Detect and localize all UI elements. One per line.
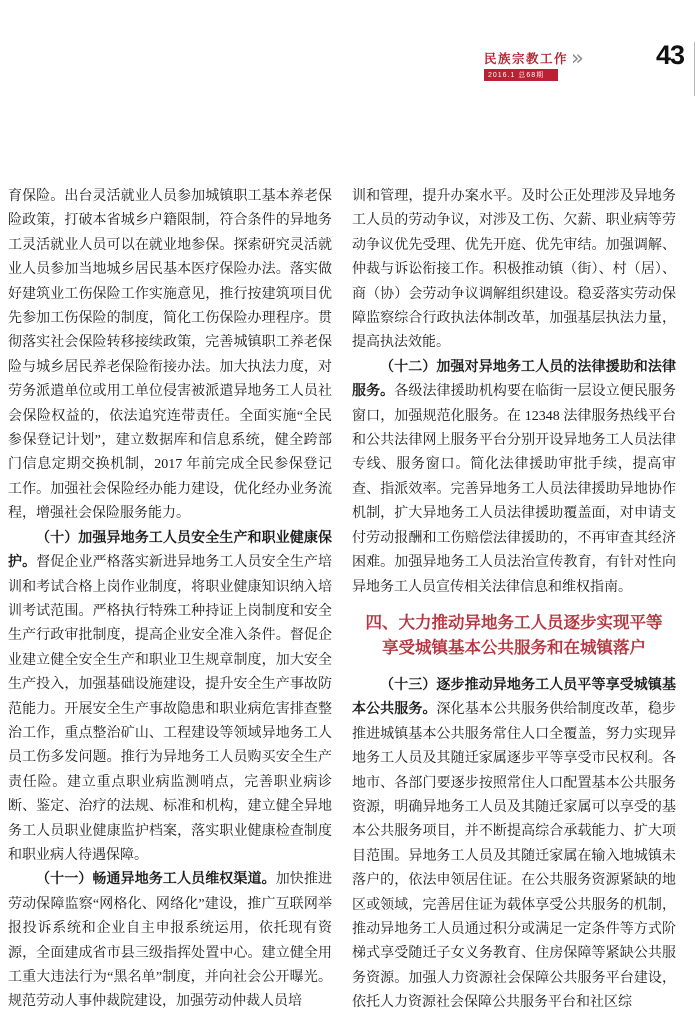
brand-title: 民族宗教工作 <box>484 49 574 67</box>
right-column: 训和管理，提升办案水平。及时公正处理涉及异地务工人员的劳动争议，对涉及工伤、欠薪… <box>352 185 676 1010</box>
paragraph-text: 各级法律援助机构要在临街一层设立便民服务窗口，加强规范化服务。在 12348 法… <box>352 384 676 594</box>
brand-block: 民族宗教工作 2016.1 总68期 <box>484 49 574 81</box>
paragraph-lead: （十一）畅通异地务工人员维权渠道。 <box>36 872 276 887</box>
paragraph-text: 训和管理，提升办案水平。及时公正处理涉及异地务工人员的劳动争议，对涉及工伤、欠薪… <box>352 189 676 350</box>
paragraph: （十一）畅通异地务工人员维权渠道。加快推进劳动保障监察“网格化、网络化”建设，推… <box>8 868 332 1010</box>
paragraph-text: 育保险。出台灵活就业人员参加城镇职工基本养老保险政策，打破本省城乡户籍限制，符合… <box>8 189 332 521</box>
section-heading-line2: 享受城镇基本公共服务和在城镇落户 <box>382 639 646 657</box>
paragraph: （十三）逐步推动异地务工人员平等享受城镇基本公共服务。深化基本公共服务供给制度改… <box>352 674 676 1010</box>
paragraph: 训和管理，提升办案水平。及时公正处理涉及异地务工人员的劳动争议，对涉及工伤、欠薪… <box>352 185 676 356</box>
paragraph: 育保险。出台灵活就业人员参加城镇职工基本养老保险政策，打破本省城乡户籍限制，符合… <box>8 185 332 527</box>
section-heading-line1: 四、大力推动异地务工人员逐步实现平等 <box>366 614 663 632</box>
paragraph-text: 深化基本公共服务供给制度改革，稳步推进城镇基本公共服务常住人口全覆盖，努力实现异… <box>352 702 676 1010</box>
header-divider <box>694 42 695 96</box>
page-number: 43 <box>656 40 684 71</box>
left-column: 育保险。出台灵活就业人员参加城镇职工基本养老保险政策，打破本省城乡户籍限制，符合… <box>8 185 332 1010</box>
two-column-text-area: 育保险。出台灵活就业人员参加城镇职工基本养老保险政策，打破本省城乡户籍限制，符合… <box>8 185 676 1010</box>
magazine-page: 民族宗教工作 2016.1 总68期 » 43 育保险。出台灵活就业人员参加城镇… <box>0 0 700 1010</box>
brand-issue-badge: 2016.1 总68期 <box>484 69 558 81</box>
paragraph-text: 督促企业严格落实新进异地务工人员安全生产培训和考试合格上岗作业制度，将职业健康知… <box>8 555 332 863</box>
paragraph-text: 加快推进劳动保障监察“网格化、网络化”建设，推广互联网举报投诉系统和企业自主申报… <box>8 872 332 1009</box>
paragraph: （十二）加强对异地务工人员的法律援助和法律服务。各级法律援助机构要在临街一层设立… <box>352 356 676 600</box>
page-header: 民族宗教工作 2016.1 总68期 » 43 <box>0 0 700 96</box>
section-heading: 四、大力推动异地务工人员逐步实现平等 享受城镇基本公共服务和在城镇落户 <box>352 611 676 661</box>
double-chevron-icon: » <box>571 46 584 70</box>
paragraph: （十）加强异地务工人员安全生产和职业健康保护。督促企业严格落实新进异地务工人员安… <box>8 527 332 869</box>
